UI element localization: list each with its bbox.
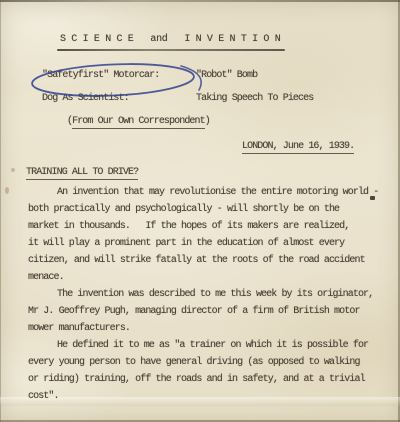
scan-edge-left xyxy=(0,0,1,422)
masthead-title: S C I E N C E and I N V E N T I O N xyxy=(60,34,280,46)
body-line: cost". xyxy=(28,388,384,405)
byline: (From Our Own Correspondent) xyxy=(67,116,210,128)
byline-close-paren: ) xyxy=(205,116,210,127)
body-line: menace. xyxy=(28,269,384,286)
body-line: Mr J. Geoffrey Pugh, managing director o… xyxy=(28,303,384,320)
article-body: An invention that may revolutionise the … xyxy=(28,184,384,405)
dateline: LONDON, June 16, 1939. xyxy=(242,141,354,153)
topic-robot-bomb: "Robot" Bomb xyxy=(196,70,257,82)
ink-speck xyxy=(370,196,375,200)
paper-stain xyxy=(11,168,15,172)
section-heading: TRAINING ALL TO DRIVE? xyxy=(26,167,138,179)
masthead-underline xyxy=(57,49,285,51)
body-line: An invention that may revolutionise the … xyxy=(28,184,384,201)
topic-dog-as-scientist: Dog As Scientist: xyxy=(42,93,129,105)
paper-stain xyxy=(5,187,9,194)
body-line: both practically and psychologically - w… xyxy=(28,201,384,218)
body-line: it will play a prominent part in the edu… xyxy=(28,235,384,252)
body-line: mower manufacturers. xyxy=(28,320,384,337)
body-line: citizen, and will strike fatally at the … xyxy=(28,252,384,269)
byline-text: From Our Own Correspondent xyxy=(72,116,205,129)
scan-edge-top xyxy=(0,0,400,2)
body-line: The invention was described to me this w… xyxy=(28,286,384,303)
body-line: market in thousands. If the hopes of its… xyxy=(28,218,384,235)
body-line: He defined it to me as "a trainer on whi… xyxy=(28,337,384,354)
topic-safetyfirst-motorcar: "Safetyfirst" Motorcar: xyxy=(42,70,159,82)
body-line: or riding) training, off the roads and i… xyxy=(28,371,384,388)
scanned-document-page: S C I E N C E and I N V E N T I O N "Saf… xyxy=(0,0,400,422)
body-line: every young person to have general drivi… xyxy=(28,354,384,371)
topic-taking-speech-to-pieces: Taking Speech To Pieces xyxy=(196,93,313,105)
